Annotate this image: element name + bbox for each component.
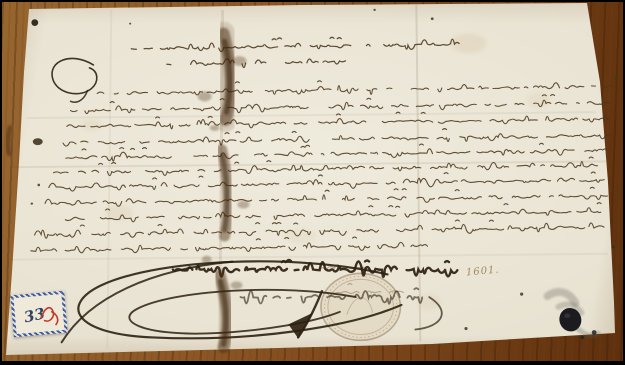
black-wax-remnant <box>547 292 598 339</box>
manuscript-markings-overlay <box>2 2 623 361</box>
photograph: 33 1601. <box>2 2 623 361</box>
red-ink-mark <box>38 302 64 330</box>
archival-stamp: 33 <box>10 291 67 338</box>
embossed-paper-seal <box>321 273 400 340</box>
photograph-frame: 33 1601. <box>0 0 625 365</box>
